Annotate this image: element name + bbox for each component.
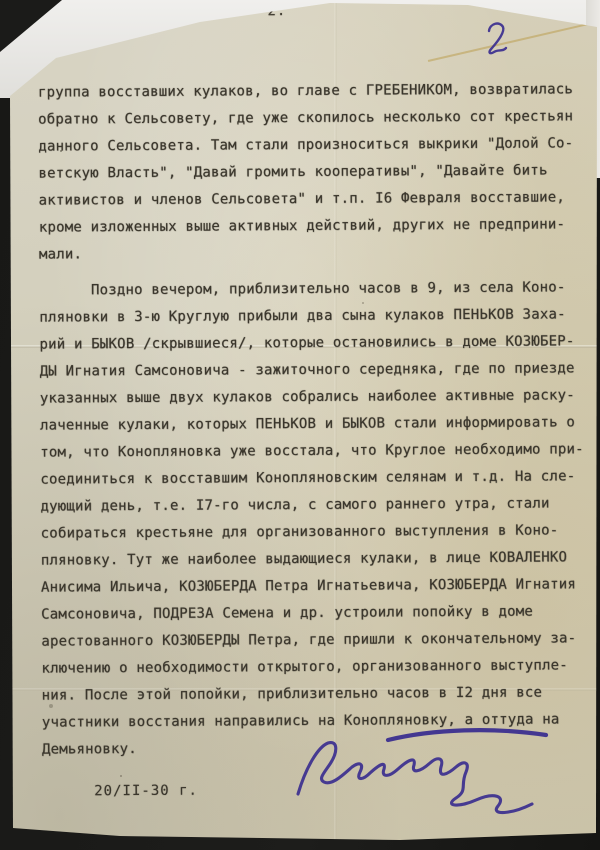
- text-line: Анисима Ильича, КОЗЮБЕРДА Петра Игнатьев…: [41, 571, 593, 601]
- text-line: указанных выше двух кулаков собрались на…: [40, 382, 592, 412]
- text-line: пляновку. Тут же наиболее выдающиеся кул…: [41, 544, 593, 574]
- text-line: ветскую Власть", "Давай громить кооперат…: [38, 157, 590, 187]
- text-line: ния. После этой попойки, приблизительно …: [42, 679, 594, 709]
- text-line: активистов и членов Сельсовета" и т.п. I…: [39, 184, 591, 214]
- text-line: том, что Конопляновка уже восстала, что …: [40, 436, 592, 466]
- signature-scribble: [288, 720, 560, 824]
- text-line: ключению о необходимости открытого, орга…: [41, 652, 593, 682]
- text-line: группа восставших кулаков, во главе с ГР…: [38, 76, 590, 106]
- text-line: соединиться к восставшим Конопляновским …: [40, 463, 592, 493]
- text-line: арестованного КОЗЮБЕРДЫ Петра, где пришл…: [41, 625, 593, 655]
- paragraph-2: Поздно вечером, приблизительно часов в 9…: [39, 274, 594, 763]
- text-line: Поздно вечером, приблизительно часов в 9…: [39, 274, 591, 304]
- text-line: мали.: [39, 238, 591, 268]
- paragraph-1: группа восставших кулаков, во главе с ГР…: [38, 76, 591, 268]
- text-line: собираться крестьяне для организованного…: [41, 517, 593, 547]
- text-line: Самсоновича, ПОДРЕЗА Семена и др. устрои…: [41, 598, 593, 628]
- text-line: лаченные кулаки, которых ПЕНЬКОВ и БЫКОВ…: [40, 409, 592, 439]
- handwritten-page-number-ink: [478, 18, 514, 60]
- text-line: обратно к Сельсовету, где уже скопилось …: [38, 103, 590, 133]
- text-line: данного Сельсовета. Там стали произносит…: [38, 130, 590, 160]
- text-line: дующий день, т.е. I7-го числа, с самого …: [40, 490, 592, 520]
- date-line: 20/II-30 г.: [94, 783, 198, 800]
- document-page: 2. группа восставших кулаков, во главе с…: [0, 0, 600, 850]
- text-line: кроме изложенных выше активных действий,…: [39, 211, 591, 241]
- text-line: рий и БЫКОВ /скрывшиеся/, которые остано…: [39, 328, 591, 358]
- text-line: ДЫ Игнатия Самсоновича - зажиточного сер…: [40, 355, 592, 385]
- photo-background: 2. группа восставших кулаков, во главе с…: [0, 0, 600, 850]
- text-line: пляновки в 3-ю Круглую прибыли два сына …: [39, 301, 591, 331]
